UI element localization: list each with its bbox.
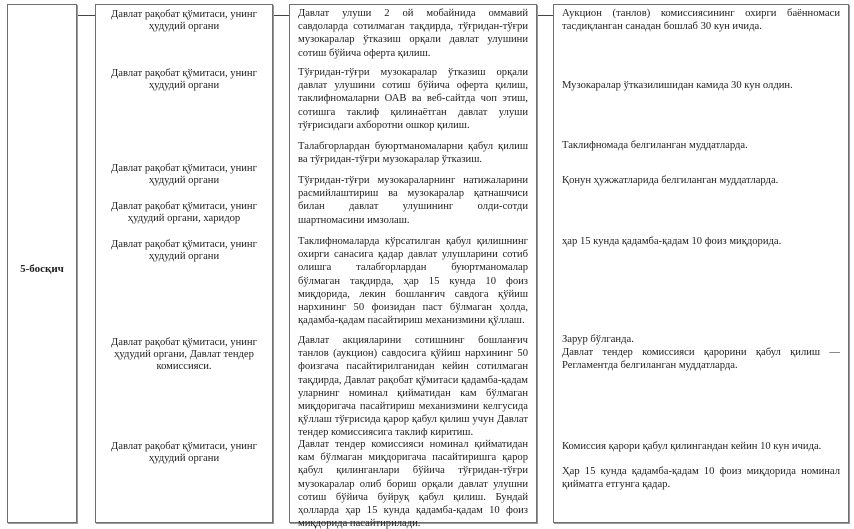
connector-line (537, 15, 553, 16)
deadline-entry: Қонун ҳужжатларида белгиланган муддатлар… (562, 174, 840, 187)
deadline-entry: Аукцион (танлов) комиссиясининг охирги б… (562, 7, 840, 33)
action-entry: Давлат тендер комиссияси номинал қиймати… (298, 438, 528, 529)
deadline-entry: Ҳар 15 кунда қадамба-қадам 10 фоиз миқдо… (562, 465, 840, 491)
connector-line (273, 15, 289, 16)
action-entry: Давлат улуши 2 ой мобайнида оммавий савд… (298, 7, 528, 60)
action-entry: Тўғридан-тўғри музокараларнинг натижалар… (298, 174, 528, 227)
deadlines-box: Аукцион (танлов) комиссиясининг охирги б… (553, 4, 849, 523)
stage-box: 5-босқич (7, 4, 77, 523)
organ-entry: Давлат рақобат қўмитаси, унинг ҳудудий о… (100, 9, 268, 33)
action-entry: Давлат акцияларини сотишнинг бошланғич т… (298, 334, 528, 440)
organ-entry: Давлат рақобат қўмитаси, унинг ҳудудий о… (100, 239, 268, 263)
stage-label: 5-босқич (8, 263, 76, 275)
connector-line (77, 15, 95, 16)
actions-box: Давлат улуши 2 ой мобайнида оммавий савд… (289, 4, 537, 523)
deadline-entry: Комиссия қарори қабул қилингандан кейин … (562, 440, 840, 453)
organ-entry: Давлат рақобат қўмитаси, унинг ҳудудий о… (100, 441, 268, 465)
organ-entry: Давлат рақобат қўмитаси, унинг ҳудудий о… (100, 68, 268, 92)
action-entry: Тўғридан-тўғри музокаралар ўтказиш орқал… (298, 66, 528, 132)
responsible-organ-box: Давлат рақобат қўмитаси, унинг ҳудудий о… (95, 4, 273, 523)
action-entry: Таклифномаларда кўрсатилган қабул қилишн… (298, 235, 528, 327)
organ-entry: Давлат рақобат қўмитаси, унинг ҳудудий о… (100, 201, 268, 225)
deadline-entry: ҳар 15 кунда қадамба-қадам 10 фоиз миқдо… (562, 235, 840, 248)
organ-entry: Давлат рақобат қўмитаси, унинг ҳудудий о… (100, 337, 268, 374)
action-entry: Талабгорлардан буюртманомаларни қабул қи… (298, 140, 528, 166)
deadline-entry: Зарур бўлганда. (562, 333, 840, 346)
deadline-entry: Давлат тендер комиссияси қарорини қабул … (562, 346, 840, 372)
deadline-entry: Таклифномада белгиланган муддатларда. (562, 139, 840, 152)
deadline-entry: Музокаралар ўтказилишидан камида 30 кун … (562, 79, 840, 92)
organ-entry: Давлат рақобат қўмитаси, унинг ҳудудий о… (100, 163, 268, 187)
